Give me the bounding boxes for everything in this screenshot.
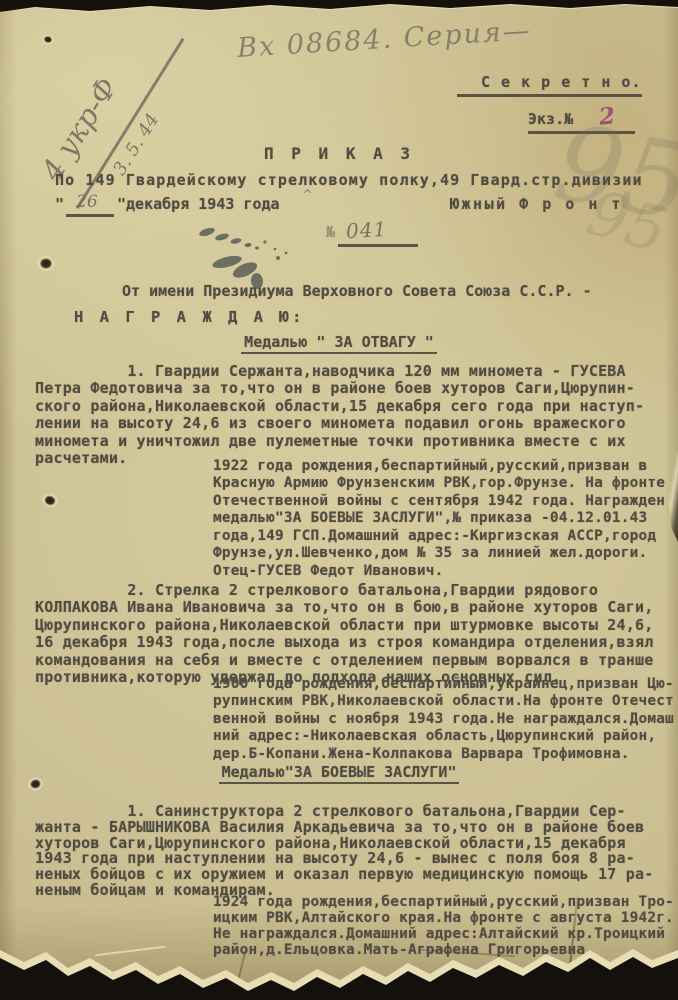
award-paragraph-1: 1. Гвардии Сержанта,наводчика 120 мм мин… [35,363,678,468]
order-number-underline [338,244,418,247]
order-number-sign: № [326,223,335,241]
medal-heading-otvaga-row: Медалью " ЗА ОТВАГУ " [0,333,678,354]
date-rest: "декабря 1943 года [117,195,280,213]
award-verb: Н А Г Р А Ж Д А Ю: [74,308,305,326]
soldier-bio-3: 1924 года рождения,беспартийный,русский,… [213,894,678,958]
award-paragraph-3: 1. Санинструктора 2 стрелкового батальон… [35,804,678,899]
order-subject-line: По 149 Гвардейскому стрелковому полку,49… [55,171,643,189]
medal-heading-zasluga-row: Медалью"ЗА БОЕВЫЕ ЗАСЛУГИ" [0,763,678,784]
soldier-bio-1: 1922 года рождения,беспартийный,русский,… [213,458,678,580]
medal-heading-otvaga: Медалью " ЗА ОТВАГУ " [241,333,437,354]
date-quote-open: " [55,195,64,213]
preamble: От имени Президиума Верховного Совета Со… [122,282,592,300]
secrecy-stamp: С е к р е т н о. [481,73,642,91]
pencil-note-register: Вх 08684. Серия— [236,15,532,64]
front-label: Южный Ф р о н т [450,195,623,213]
paper-hole [36,488,63,513]
medal-heading-zasluga: Медалью"ЗА БОЕВЫЕ ЗАСЛУГИ" [219,763,460,784]
order-title: П Р И К А З [0,144,678,163]
award-paragraph-2: 2. Стрелка 2 стрелкового батальона,Гвард… [35,582,678,687]
date-day-value: 26 [76,192,98,212]
caret-mark: ^ [302,188,313,203]
soldier-bio-2: 1900 года рождения,беспартийный,украинец… [213,676,678,763]
paper-hole [34,253,58,274]
date-day-underline [66,214,114,217]
paper-sheet: 4 укр-Ф 3. 5. 44 Вх 08684. Серия— С е к … [0,0,678,1000]
order-number-value: 041 [345,217,387,243]
secrecy-underline [457,94,642,97]
